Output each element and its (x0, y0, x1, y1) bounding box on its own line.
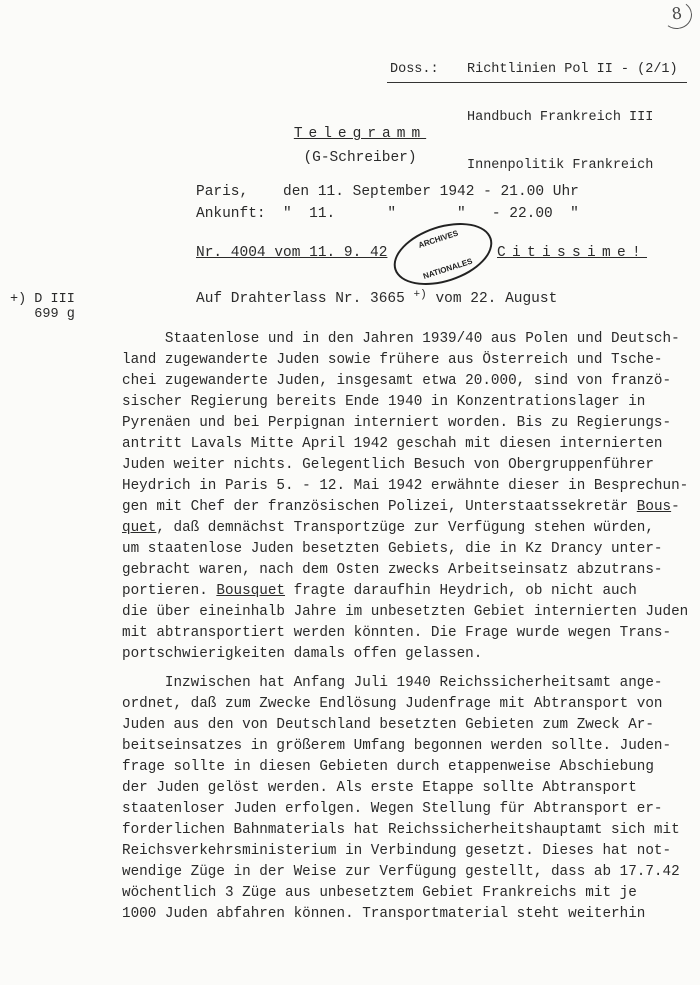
document-page: 8 Doss.:Richtlinien Pol II - (2/1) Handb… (0, 0, 700, 985)
text-line: portschwierigkeiten damals offen gelasse… (122, 644, 697, 665)
text-line: Juden weiter nichts. Gelegentlich Besuch… (122, 455, 697, 476)
margin-note: +) D III 699 g (10, 292, 75, 322)
dossier-label: Doss.: (390, 62, 467, 78)
text-line: antritt Lavals Mitte April 1942 geschah … (122, 434, 697, 455)
text-line: quet, daß demnächst Transportzüge zur Ve… (122, 518, 697, 539)
body-paragraph-1: Staatenlose und in den Jahren 1939/40 au… (122, 329, 697, 665)
text-line: portieren. Bousquet fragte daraufhin Hey… (122, 581, 697, 602)
text-line: wöchentlich 3 Züge aus unbesetztem Gebie… (122, 883, 697, 904)
text-line: die über eineinhalb Jahre im unbesetzten… (122, 602, 697, 623)
text-line: beitseinsatzes in größerem Umfang begonn… (122, 736, 697, 757)
text-line: Heydrich in Paris 5. - 12. Mai 1942 erwä… (122, 476, 697, 497)
text-line: chei zugewanderte Juden, insgesamt etwa … (122, 371, 697, 392)
text-line: um staatenlose Juden besetzten Gebiets, … (122, 539, 697, 560)
text-line: sischer Regierung bereits Ende 1940 in K… (122, 392, 697, 413)
reference-text: Auf Drahterlass Nr. 3665 (196, 291, 414, 307)
body-paragraph-2: Inzwischen hat Anfang Juli 1940 Reichssi… (122, 673, 697, 925)
text-line: wendige Züge in der Weise zur Verfügung … (122, 862, 697, 883)
text-line: mit abtransportiert werden könnten. Die … (122, 623, 697, 644)
dateline-sent: Paris, den 11. September 1942 - 21.00 Uh… (196, 184, 579, 200)
text-line: der Juden gelöst werden. Als erste Etapp… (122, 778, 697, 799)
text-line: Juden aus den von Deutschland besetzten … (122, 715, 697, 736)
text-line: forderlichen Bahnmaterials hat Reichssic… (122, 820, 697, 841)
margin-note-line: +) D III (10, 292, 75, 307)
text-line: frage sollte in diesen Gebieten durch et… (122, 757, 697, 778)
text-line: gebracht waren, nach dem Osten zwecks Ar… (122, 560, 697, 581)
text-line: Reichsverkehrsministerium in Verbindung … (122, 841, 697, 862)
stamp-top-text: ARCHIVES (390, 220, 486, 259)
archives-nationales-stamp: ARCHIVES NATIONALES (386, 212, 500, 297)
page-number: 8 (660, 0, 694, 31)
text-line: Staatenlose und in den Jahren 1939/40 au… (122, 329, 697, 350)
urgency-marker: Citissime! (497, 245, 647, 261)
stamp-bottom-text: NATIONALES (400, 249, 496, 288)
title-text: Telegramm (294, 126, 426, 142)
dossier-header: Doss.:Richtlinien Pol II - (2/1) Handbuc… (390, 30, 678, 206)
document-title: Telegramm (0, 126, 700, 142)
dossier-line: Richtlinien Pol II - (2/1) (467, 62, 678, 78)
reference-date: vom 22. August (427, 291, 558, 307)
reference-line: Auf Drahterlass Nr. 3665 +) vom 22. Augu… (196, 289, 557, 307)
text-line: ordnet, daß zum Zwecke Endlösung Judenfr… (122, 694, 697, 715)
telegram-number: Nr. 4004 vom 11. 9. 42 (196, 245, 387, 261)
document-subtitle: (G-Schreiber) (0, 150, 700, 166)
header-divider (387, 82, 687, 83)
text-line: Inzwischen hat Anfang Juli 1940 Reichssi… (122, 673, 697, 694)
text-line: staatenloser Juden erfolgen. Wegen Stell… (122, 799, 697, 820)
margin-note-line: 699 g (10, 307, 75, 322)
dossier-line: Handbuch Frankreich III (467, 110, 653, 126)
text-line: land zugewanderte Juden sowie frühere au… (122, 350, 697, 371)
dateline-arrival: Ankunft: " 11. " " - 22.00 " (196, 206, 579, 222)
footnote-mark: +) (414, 289, 427, 301)
text-line: 1000 Juden abfahren können. Transportmat… (122, 904, 697, 925)
text-line: gen mit Chef der französischen Polizei, … (122, 497, 697, 518)
text-line: Pyrenäen und bei Perpignan interniert wo… (122, 413, 697, 434)
